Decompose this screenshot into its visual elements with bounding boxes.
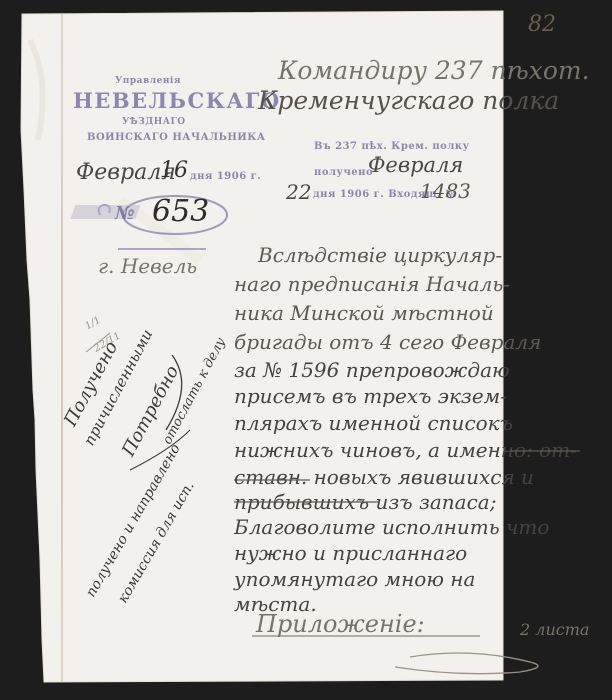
body-line: Благоволите исполнить что — [234, 515, 549, 539]
addressee-line-1: Командиру 237 пѣхот. — [278, 56, 590, 85]
place-of-origin: г. Невель — [98, 254, 197, 278]
received-stamp-number: 1483 — [420, 179, 471, 203]
body-line: наго предписанія Началь- — [234, 272, 510, 296]
body-line: Вслѣдствіе циркуляр- — [258, 243, 502, 267]
body-line: бригады отъ 4 сего Февраля — [234, 330, 541, 354]
received-stamp-regiment: Въ 237 пѣх. Крем. полку — [314, 141, 470, 152]
stamp-line-office: Управленія — [115, 76, 181, 86]
body-line: ставн. новыхъ явившихся и — [234, 465, 534, 489]
addressee-line-2: Кременчугскаго полка — [258, 86, 559, 115]
body-line: прибывшихъ изъ запаса; — [234, 490, 496, 514]
stamp-line-commander: ВОИНСКАГО НАЧАЛЬНИКА — [87, 132, 265, 143]
body-line: плярахъ именной списокъ — [234, 411, 513, 435]
body-line: нужно и присланнаго — [234, 541, 467, 565]
received-stamp-label: получено — [314, 167, 373, 178]
fold-crease — [61, 14, 63, 682]
received-stamp-month: Февраля — [368, 153, 463, 177]
received-stamp-day: 22 — [286, 180, 311, 204]
body-line: ника Минской мѣстной — [234, 301, 494, 325]
stamp-line-city: НЕВЕЛЬСКАГО — [73, 88, 281, 113]
outgoing-number: 653 — [152, 194, 209, 229]
body-line: нижнихъ чиновъ, а именно: от- — [234, 438, 577, 462]
header-date-suffix: дня 1906 г. — [190, 171, 261, 182]
stamp-line-district: УѢЗДНАГО — [122, 117, 186, 127]
number-prefix: № — [115, 203, 135, 224]
header-date-day: 16 — [160, 158, 188, 183]
body-line: присемъ въ трехъ экзем- — [234, 384, 507, 408]
body-line: упомянутаго мною на — [234, 567, 475, 591]
body-line: за № 1596 препровождаю — [234, 358, 510, 382]
attachment-label: Приложеніе: — [256, 610, 425, 638]
attachment-value: 2 листа — [520, 620, 589, 639]
page-number: 82 — [528, 12, 556, 37]
